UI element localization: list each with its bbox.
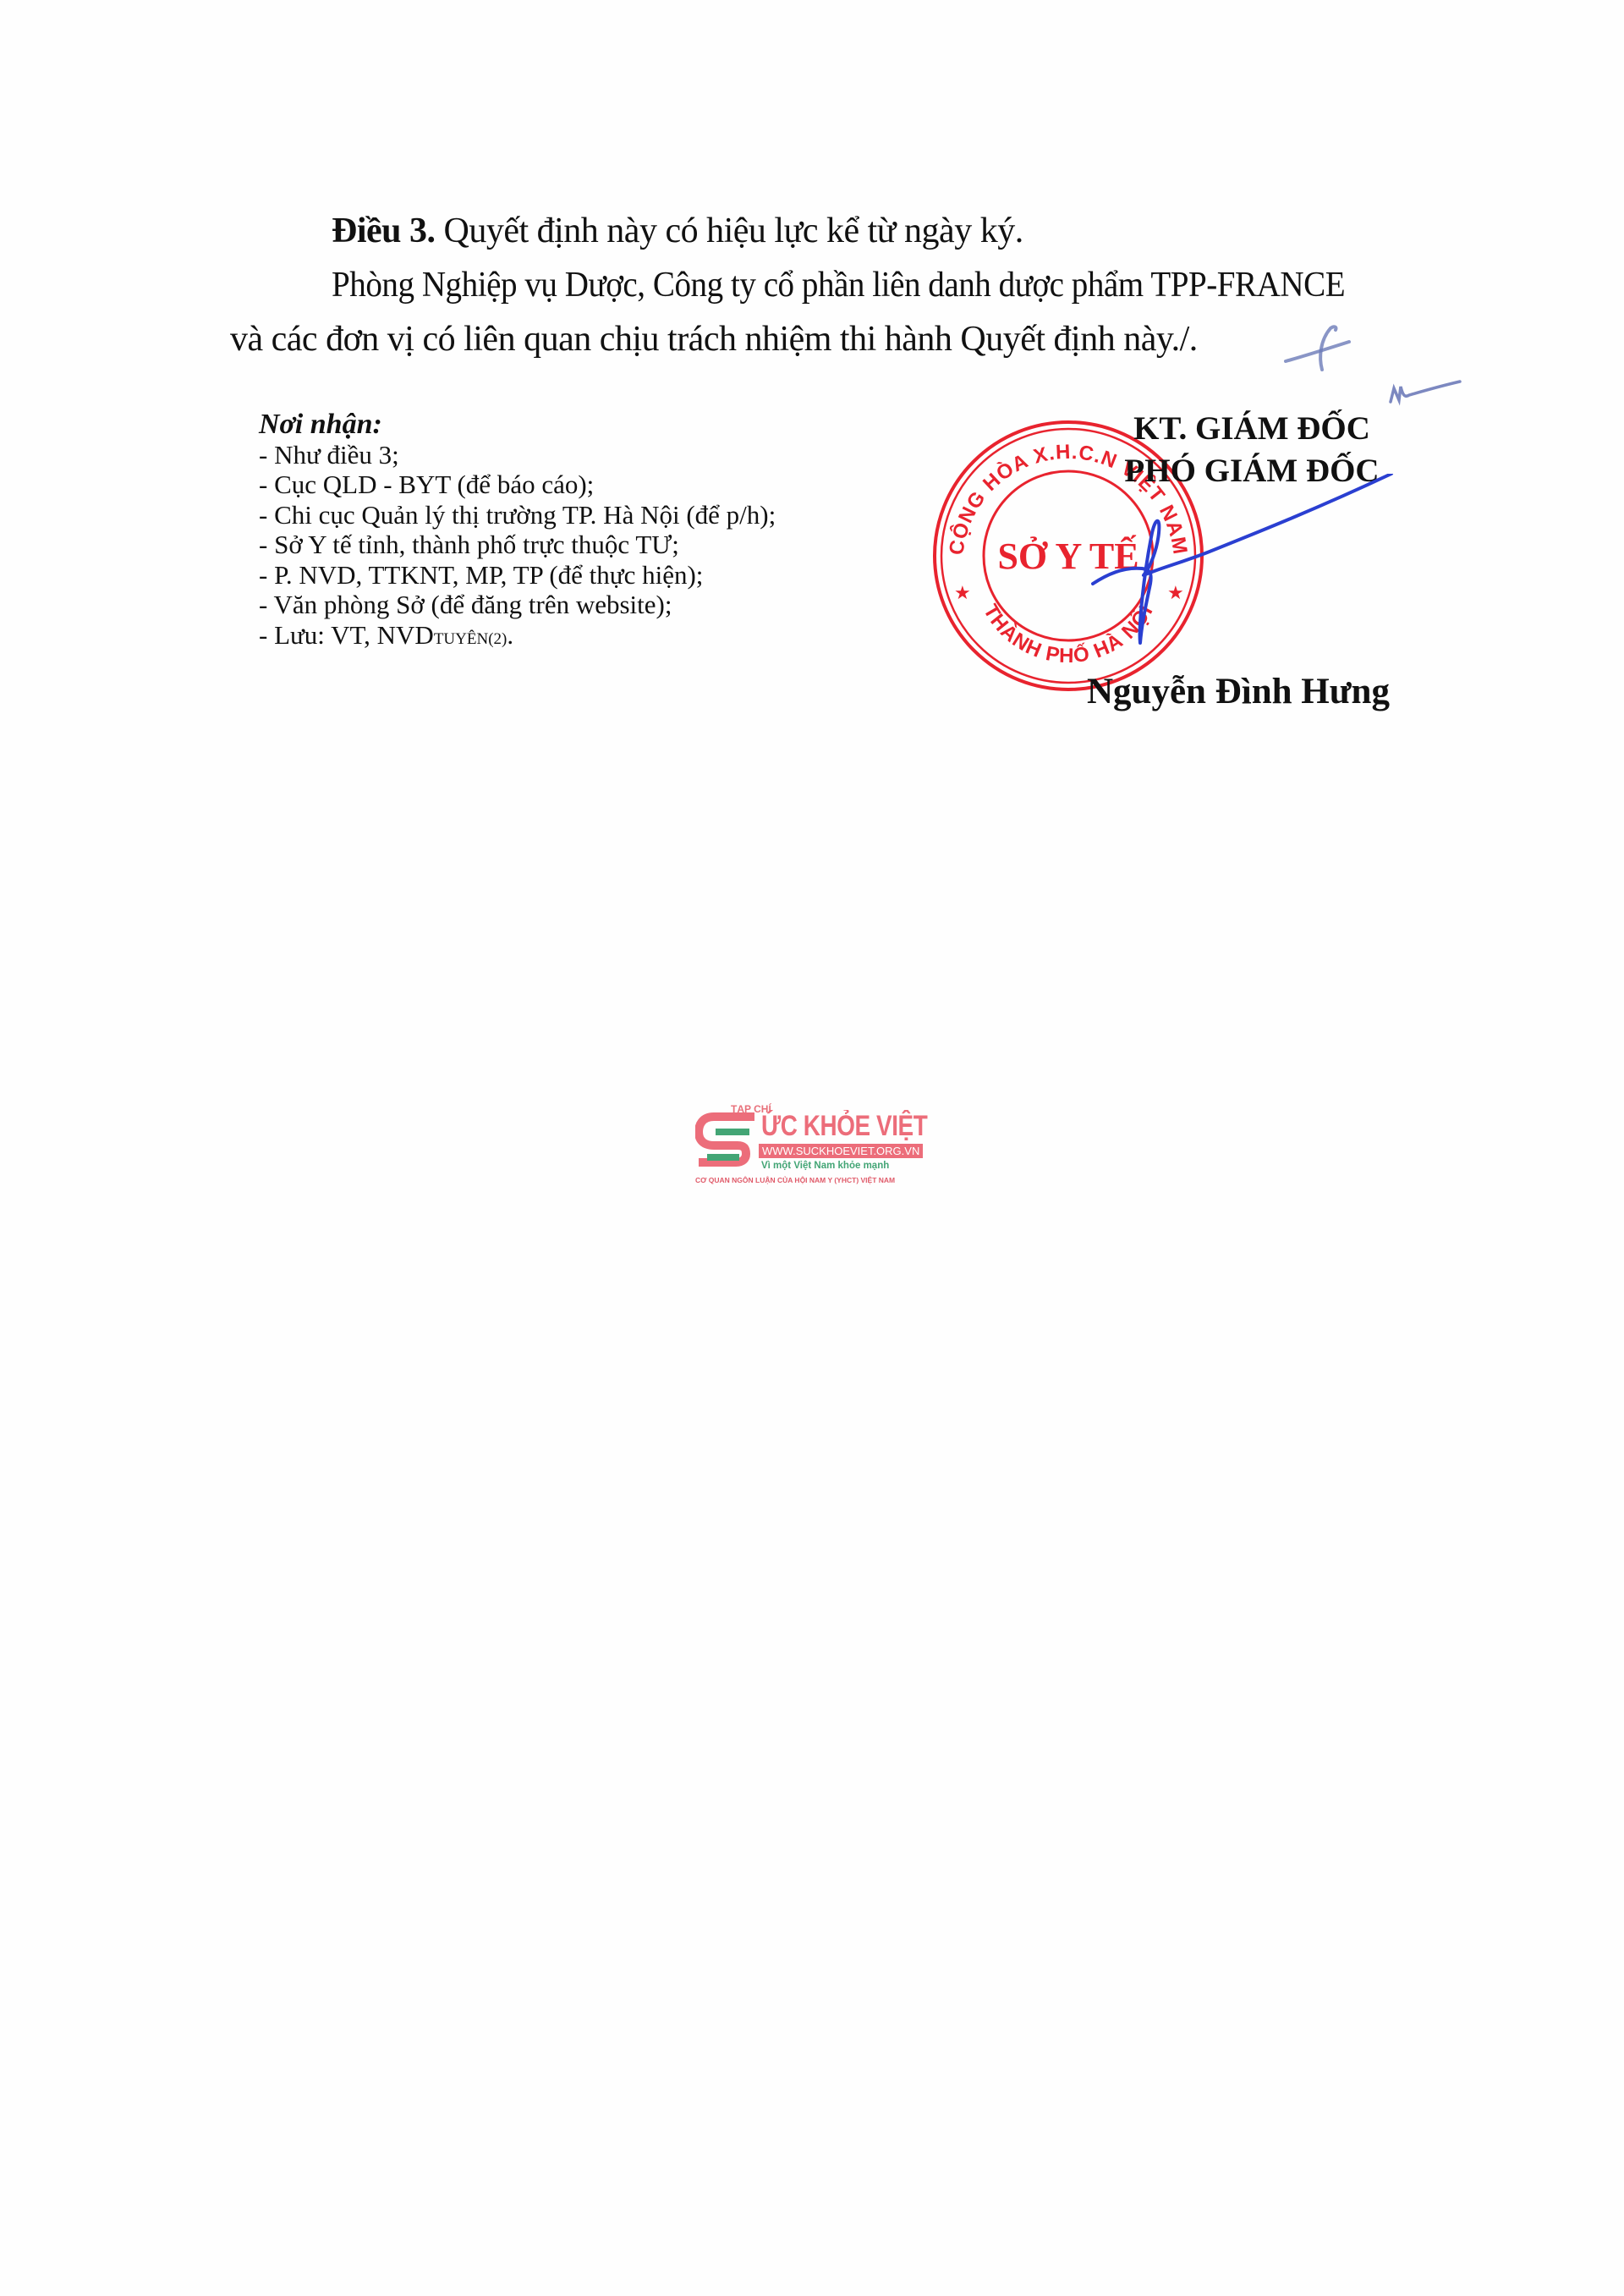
handwritten-signature-icon [1091, 474, 1396, 677]
article-3-text: Quyết định này có hiệu lực kể từ ngày ký… [436, 211, 1023, 250]
logo-organization: CƠ QUAN NGÔN LUẬN CỦA HỘI NAM Y (YHCT) V… [695, 1176, 895, 1184]
recipient-item: - P. NVD, TTKNT, MP, TP (để thực hiện); [259, 560, 776, 590]
watermark-logo: TẠP CHÍ ỨC KHỎE VIỆT WWW.SUCKHOEVIET.ORG… [695, 1100, 932, 1193]
article-3-label: Điều 3. [332, 211, 436, 250]
recipient-item: - Như điều 3; [259, 440, 776, 470]
logo-slogan: Vì một Việt Nam khỏe mạnh [761, 1161, 889, 1171]
recipient-item: - Cục QLD - BYT (để báo cáo); [259, 470, 776, 500]
recipient-item: - Văn phòng Sở (để đăng trên website); [259, 590, 776, 620]
logo-brand: ỨC KHỎE VIỆT [761, 1110, 927, 1143]
initial-mark-icon [1281, 323, 1358, 374]
recipients-list: Nơi nhận: - Như điều 3; - Cục QLD - BYT … [259, 409, 776, 654]
svg-text:★: ★ [954, 582, 971, 603]
initial-mark-icon [1387, 376, 1463, 410]
recipient-item: - Chi cục Quản lý thị trường TP. Hà Nội … [259, 500, 776, 530]
recipient-item-archive: - Lưu: VT, NVDTUYÊN(2). [259, 620, 776, 655]
document-page: Điều 3. Quyết định này có hiệu lực kể từ… [0, 0, 1624, 2296]
recipients-heading: Nơi nhận: [259, 409, 776, 440]
logo-url: WWW.SUCKHOEVIET.ORG.VN [759, 1144, 923, 1158]
responsibility-line-1: Phòng Nghiệp vụ Dược, Công ty cổ phần li… [332, 266, 1345, 305]
responsibility-line-2: và các đơn vị có liên quan chịu trách nh… [230, 320, 1198, 359]
signer-name: Nguyễn Đình Hưng [1087, 671, 1390, 712]
logo-s-mark-icon [695, 1110, 760, 1178]
signature-title-line-1: KT. GIÁM ĐỐC [1091, 408, 1413, 450]
recipient-item: - Sở Y tế tỉnh, thành phố trực thuộc TƯ; [259, 530, 776, 560]
article-3-paragraph: Điều 3. Quyết định này có hiệu lực kể từ… [332, 211, 1023, 250]
